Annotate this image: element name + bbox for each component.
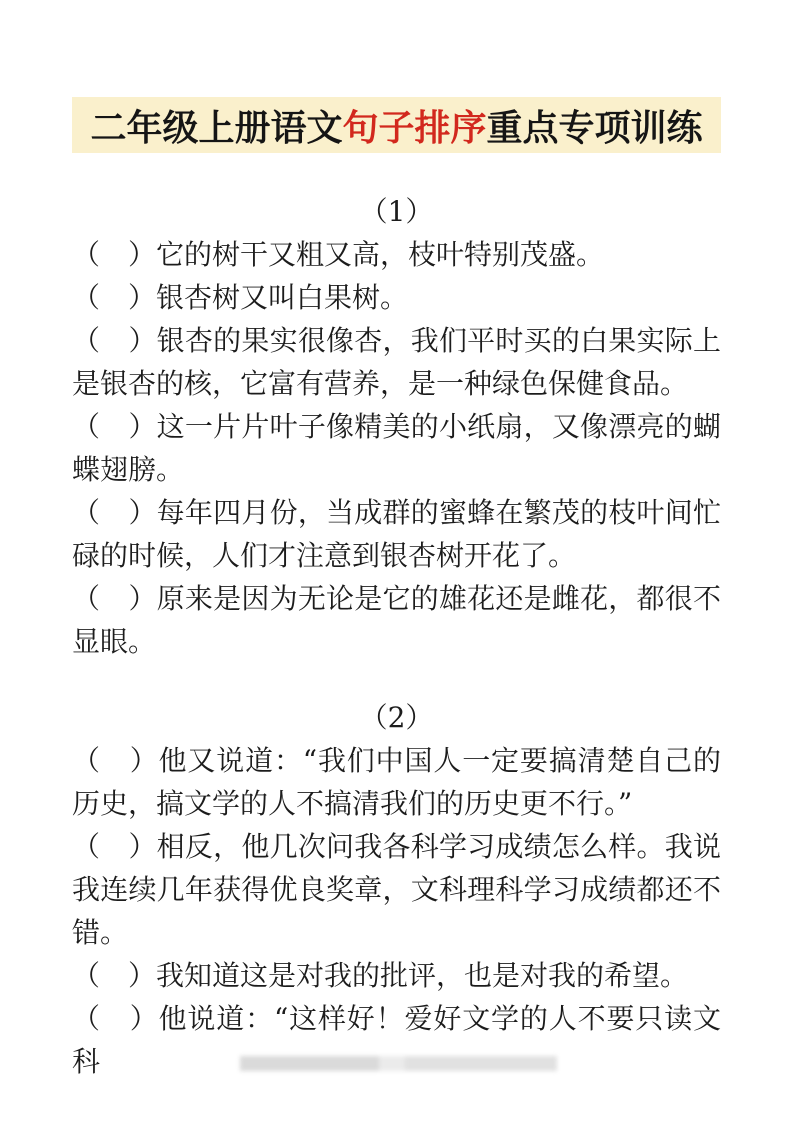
exercise-item: （ ）原来是因为无论是它的雄花还是雌花，都很不显眼。 [72,577,721,663]
page-title-prefix: 二年级上册语文 [90,100,342,151]
worksheet-content: （1） （ ）它的树干又粗又高，枝叶特别茂盛。 （ ）银杏树又叫白果树。 （ ）… [72,190,721,1083]
exercise-section-1: （1） （ ）它的树干又粗又高，枝叶特别茂盛。 （ ）银杏树又叫白果树。 （ ）… [72,190,721,663]
watermark-segment [379,1056,404,1071]
page-title-suffix: 重点专项训练 [487,100,703,151]
exercise-item: （ ）银杏树又叫白果树。 [72,276,721,319]
worksheet-page: 二年级上册语文句子排序重点专项训练 （1） （ ）它的树干又粗又高，枝叶特别茂盛… [0,0,793,1122]
section-number: （1） [72,190,721,233]
exercise-item: （ ）它的树干又粗又高，枝叶特别茂盛。 [72,233,721,276]
exercise-item: （ ）银杏的果实很像杏，我们平时买的白果实际上是银杏的核，它富有营养，是一种绿色… [72,319,721,405]
page-title-highlight: 句子排序 [342,100,486,151]
watermark-segment [405,1056,557,1071]
exercise-item: （ ）相反，他几次问我各科学习成绩怎么样。我说我连续几年获得优良奖章，文科理科学… [72,825,721,954]
exercise-item: （ ）我知道这是对我的批评，也是对我的希望。 [72,954,721,997]
exercise-item: （ ）这一片片叶子像精美的小纸扇，又像漂亮的蝴蝶翅膀。 [72,405,721,491]
exercise-item: （ ）他又说道：“我们中国人一定要搞清楚自己的历史，搞文学的人不搞清我们的历史更… [72,739,721,825]
exercise-item: （ ）每年四月份，当成群的蜜蜂在繁茂的枝叶间忙碌的时候，人们才注意到银杏树开花了… [72,491,721,577]
watermark-redacted [240,1056,557,1071]
exercise-section-2: （2） （ ）他又说道：“我们中国人一定要搞清楚自己的历史，搞文学的人不搞清我们… [72,696,721,1083]
watermark-segment [240,1056,379,1071]
section-number: （2） [72,696,721,739]
title-banner: 二年级上册语文句子排序重点专项训练 [72,97,721,153]
